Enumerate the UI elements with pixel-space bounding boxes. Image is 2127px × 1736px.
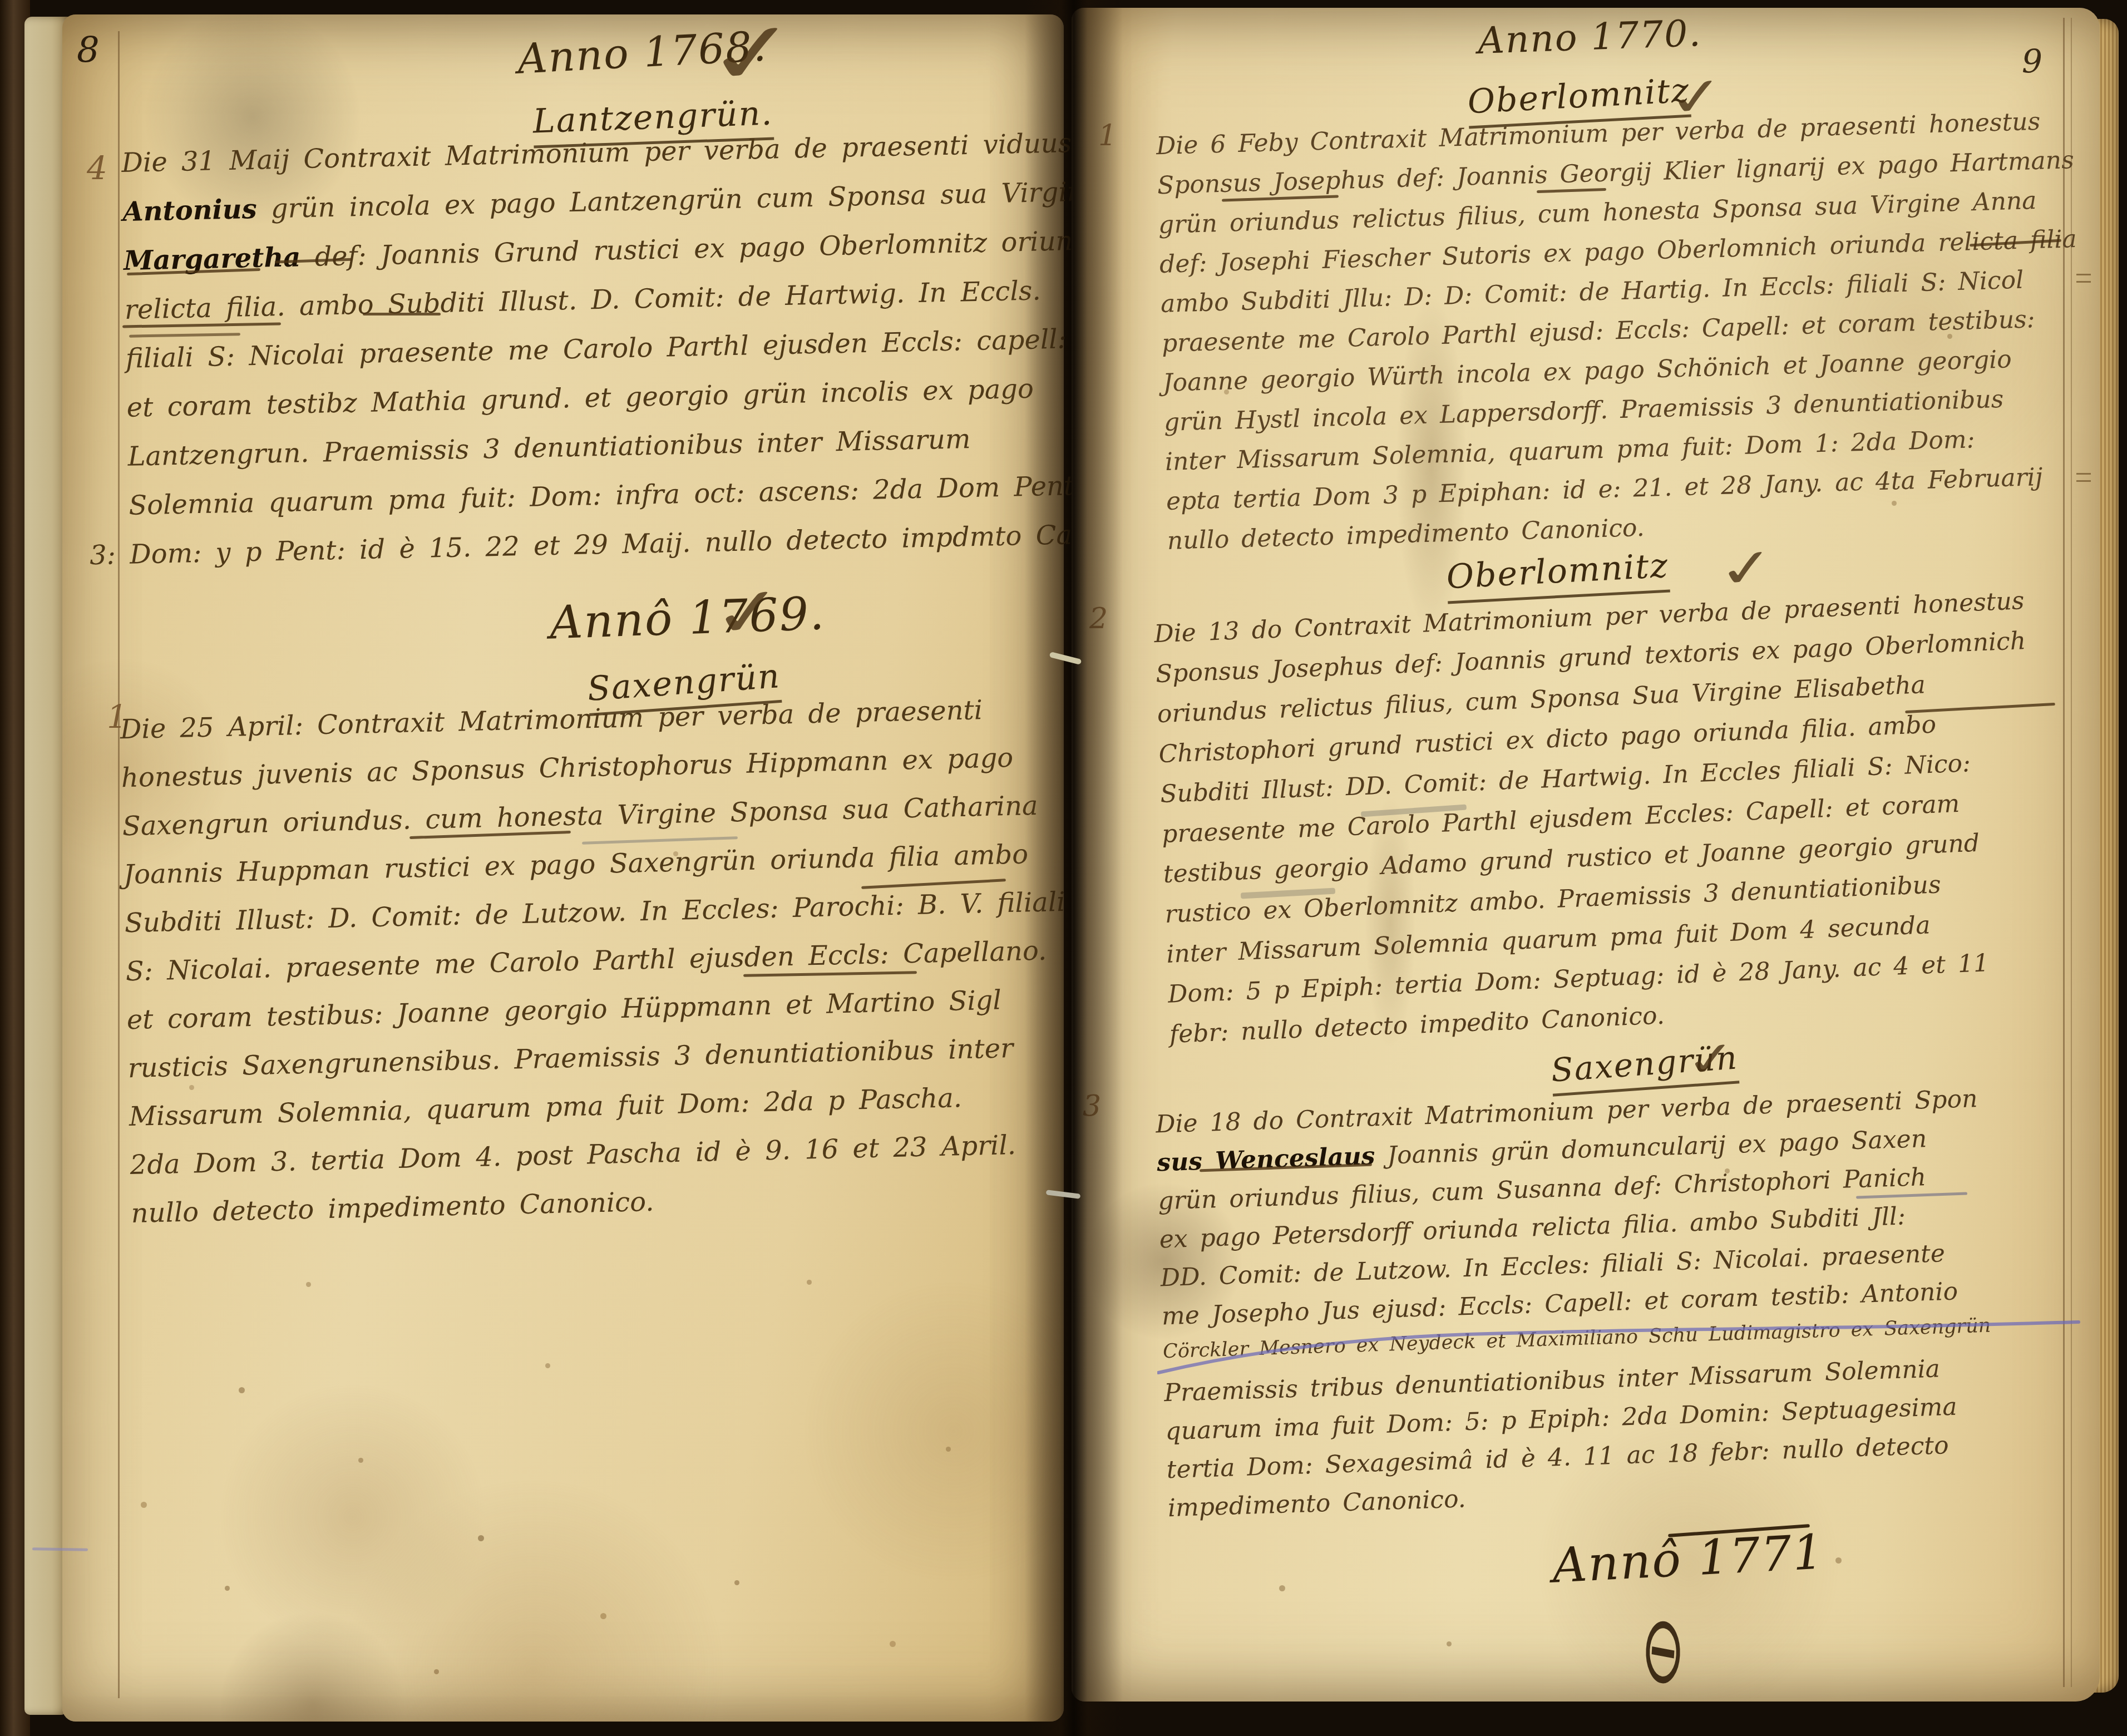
marriage-entry: Die 6 Feby Contraxit Matrimonium per ver… <box>1156 106 2085 566</box>
entry-number: 2 <box>1089 602 1108 635</box>
ink-underline-grund <box>363 313 441 315</box>
check-flourish-icon: ✓ <box>1715 540 1779 598</box>
foxing-speckles <box>0 0 3 3</box>
marriage-entry: Die 13 do Contraxit Matrimonium per verb… <box>1153 586 2040 1060</box>
check-flourish-icon: ✓ <box>708 577 789 649</box>
entry-number: 4 <box>87 149 107 187</box>
left-margin-rule <box>118 31 120 1698</box>
crossed-oval-flourish-icon: ⊖ <box>1639 1599 1687 1701</box>
margin-tally-mark <box>2076 274 2091 283</box>
entry-number: 1 <box>1098 119 1117 152</box>
check-flourish-icon: ✓ <box>1682 1034 1740 1086</box>
page-number-right: 9 <box>2022 42 2042 80</box>
register-book-spread: 8 Anno 1768. ✓ Lantzengrün. 4 Die 31 Mai… <box>0 0 2127 1736</box>
page-number-left: 8 <box>77 30 100 71</box>
marriage-entry: Die 18 do Contraxit Matrimonium per verb… <box>1155 1084 1996 1532</box>
entry-number: 3 <box>1083 1089 1101 1123</box>
violet-pencil-line <box>1157 1320 2081 1381</box>
check-flourish-icon: ✓ <box>700 9 806 99</box>
marriage-entry: Die 25 April: Contraxit Matrimonium per … <box>120 693 1072 1246</box>
right-year-heading-1770: Anno 1770. <box>1477 12 1702 62</box>
marriage-entry: Die 31 Maij Contraxit Matrimonium per ve… <box>121 126 1132 588</box>
